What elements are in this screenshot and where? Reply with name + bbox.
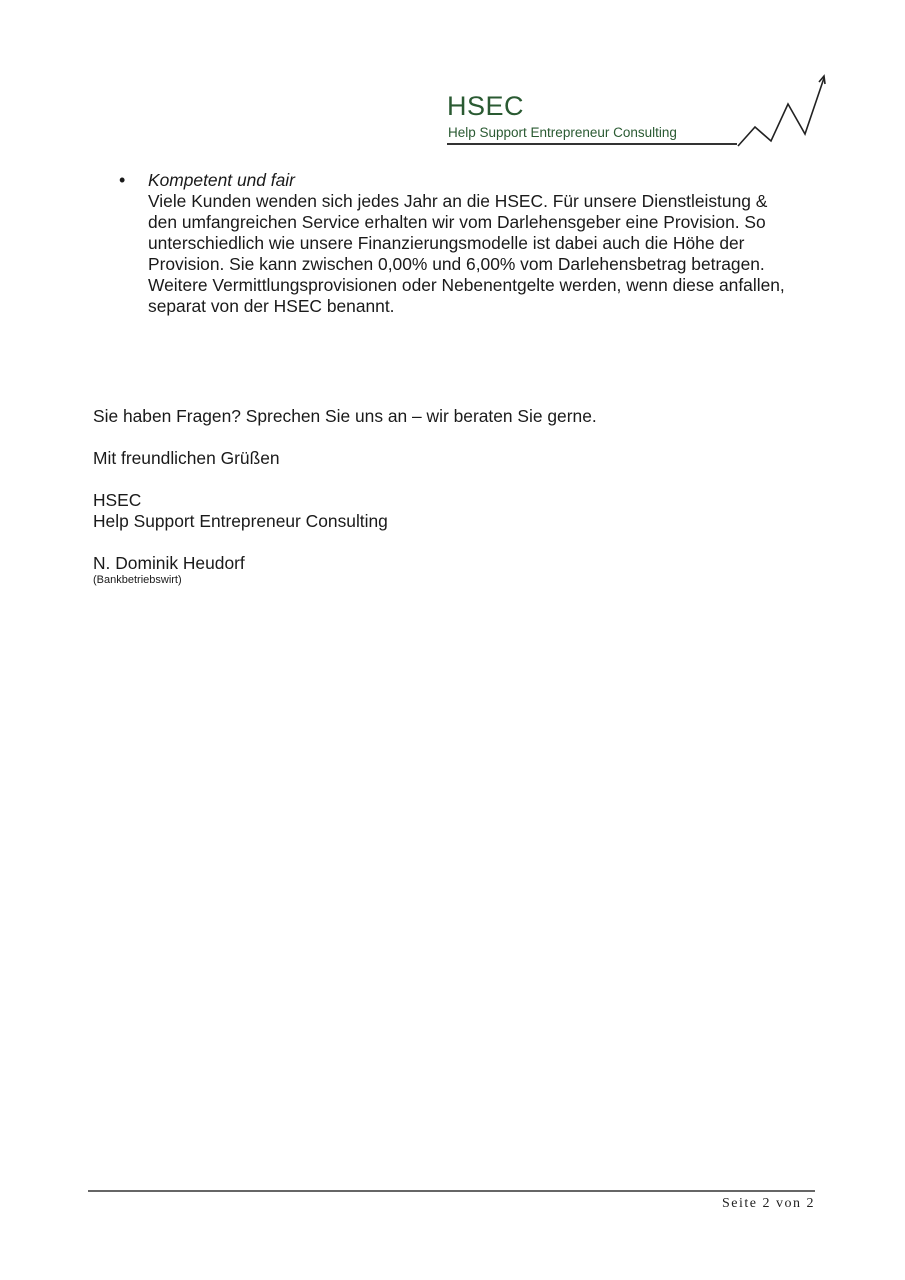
- question-text: Sie haben Fragen? Sprechen Sie uns an – …: [93, 406, 597, 427]
- greeting-text: Mit freundlichen Grüßen: [93, 448, 280, 469]
- bullet-dot: •: [119, 170, 125, 191]
- growth-chart-icon: [730, 70, 830, 150]
- signer-name: N. Dominik Heudorf: [93, 553, 245, 574]
- page-number: Seite 2 von 2: [722, 1196, 815, 1212]
- bullet-line: Weitere Vermittlungsprovisionen oder Neb…: [148, 275, 828, 296]
- signature-company: HSEC: [93, 490, 141, 511]
- bullet-title: Kompetent und fair: [148, 170, 828, 191]
- footer-divider: [88, 1190, 815, 1192]
- logo-title: HSEC: [447, 93, 524, 120]
- bullet-line: den umfangreichen Service erhalten wir v…: [148, 212, 828, 233]
- logo-subtitle: Help Support Entrepreneur Consulting: [448, 126, 677, 140]
- logo-underline: [447, 143, 737, 145]
- bullet-line: Viele Kunden wenden sich jedes Jahr an d…: [148, 191, 828, 212]
- signature-company-full: Help Support Entrepreneur Consulting: [93, 511, 388, 532]
- bullet-line: unterschiedlich wie unsere Finanzierungs…: [148, 233, 828, 254]
- bullet-line: separat von der HSEC benannt.: [148, 296, 828, 317]
- bullet-section: Kompetent und fair Viele Kunden wenden s…: [148, 170, 828, 317]
- bullet-line: Provision. Sie kann zwischen 0,00% und 6…: [148, 254, 828, 275]
- signer-title: (Bankbetriebswirt): [93, 574, 182, 587]
